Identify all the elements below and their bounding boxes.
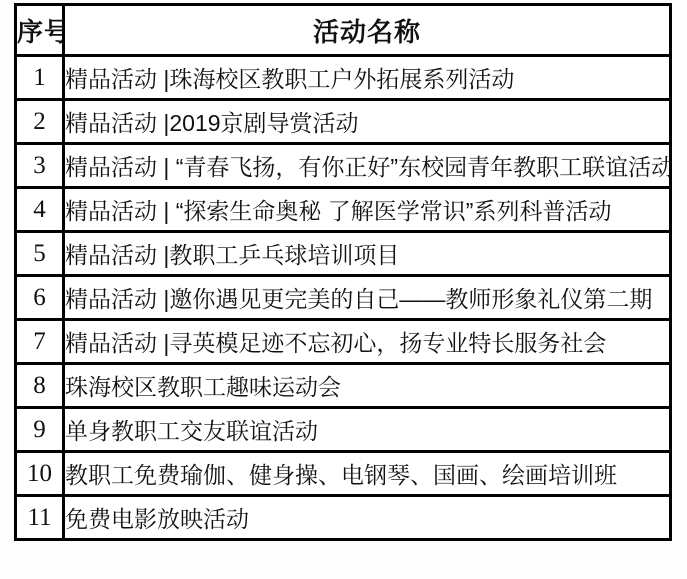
- activity-name-cell: 精品活动 |教职工乒乓球培训项目: [64, 232, 671, 276]
- row-number-cell: 2: [16, 100, 64, 144]
- activity-list-table: 序号 活动名称 1 精品活动 |珠海校区教职工户外拓展系列活动 2 精品活动 |…: [14, 3, 672, 541]
- row-number-cell: 8: [16, 364, 64, 408]
- table-row: 2 精品活动 |2019京剧导赏活动: [16, 100, 671, 144]
- activity-name-cell: 教职工免费瑜伽、健身操、电钢琴、国画、绘画培训班: [64, 452, 671, 496]
- table-row: 11 免费电影放映活动: [16, 496, 671, 540]
- row-number-cell: 4: [16, 188, 64, 232]
- table-row: 6 精品活动 |邀你遇见更完美的自己——教师形象礼仪第二期: [16, 276, 671, 320]
- table-row: 10 教职工免费瑜伽、健身操、电钢琴、国画、绘画培训班: [16, 452, 671, 496]
- table-row: 3 精品活动 | “青春飞扬，有你正好”东校园青年教职工联谊活动: [16, 144, 671, 188]
- table-row: 8 珠海校区教职工趣味运动会: [16, 364, 671, 408]
- activity-name-header: 活动名称: [64, 5, 671, 56]
- table-header-row: 序号 活动名称: [16, 5, 671, 56]
- row-number-cell: 6: [16, 276, 64, 320]
- row-number-cell: 1: [16, 56, 64, 100]
- activity-name-cell: 珠海校区教职工趣味运动会: [64, 364, 671, 408]
- table-row: 4 精品活动 | “探索生命奥秘 了解医学常识”系列科普活动: [16, 188, 671, 232]
- row-number-cell: 7: [16, 320, 64, 364]
- activity-name-cell: 免费电影放映活动: [64, 496, 671, 540]
- activity-name-cell: 精品活动 | “探索生命奥秘 了解医学常识”系列科普活动: [64, 188, 671, 232]
- row-number-cell: 9: [16, 408, 64, 452]
- row-number-cell: 11: [16, 496, 64, 540]
- serial-number-header: 序号: [16, 5, 64, 56]
- activity-name-cell: 精品活动 |珠海校区教职工户外拓展系列活动: [64, 56, 671, 100]
- activity-name-cell: 精品活动 |寻英模足迹不忘初心，扬专业特长服务社会: [64, 320, 671, 364]
- activity-name-cell: 精品活动 | “青春飞扬，有你正好”东校园青年教职工联谊活动: [64, 144, 671, 188]
- row-number-cell: 3: [16, 144, 64, 188]
- activity-name-cell: 精品活动 |2019京剧导赏活动: [64, 100, 671, 144]
- row-number-cell: 10: [16, 452, 64, 496]
- table-row: 7 精品活动 |寻英模足迹不忘初心，扬专业特长服务社会: [16, 320, 671, 364]
- table-row: 5 精品活动 |教职工乒乓球培训项目: [16, 232, 671, 276]
- row-number-cell: 5: [16, 232, 64, 276]
- table-row: 1 精品活动 |珠海校区教职工户外拓展系列活动: [16, 56, 671, 100]
- table-row: 9 单身教职工交友联谊活动: [16, 408, 671, 452]
- activity-name-cell: 精品活动 |邀你遇见更完美的自己——教师形象礼仪第二期: [64, 276, 671, 320]
- activity-name-cell: 单身教职工交友联谊活动: [64, 408, 671, 452]
